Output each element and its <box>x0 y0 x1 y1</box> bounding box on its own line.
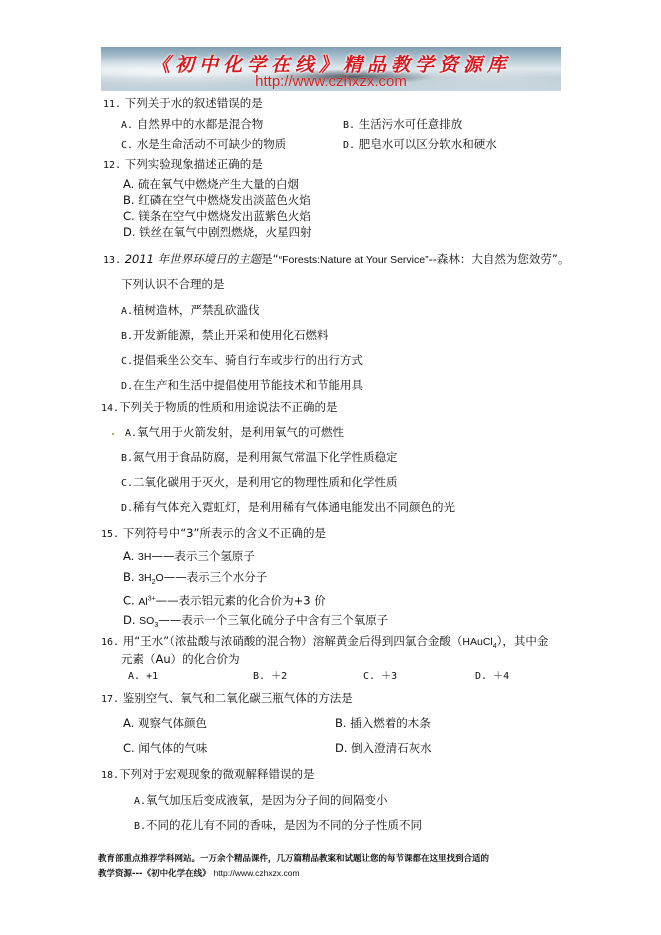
option-text: 铁丝在氧气中剧烈燃烧，火星四射 <box>139 225 312 239</box>
option-text: ——表示三个氢原子 <box>151 549 255 563</box>
question-16-option-b: B. ＋2 <box>253 670 287 684</box>
option-label: A. <box>123 716 134 730</box>
question-text: 鉴别空气、氧气和二氧化碳三瓶气体的方法是 <box>123 691 353 705</box>
question-text: ），其中金 <box>497 634 549 648</box>
question-12-option-d: D. 铁丝在氧气中剧烈燃烧，火星四射 <box>123 225 312 239</box>
question-17-stem: 17. 鉴别空气、氧气和二氧化碳三瓶气体的方法是 <box>101 691 353 707</box>
question-16-option-d: D. ＋4 <box>475 670 509 684</box>
option-text: 镁条在空气中燃烧发出蓝紫色火焰 <box>138 209 311 223</box>
question-16-stem-line2: 元素（Au）的化合价为 <box>121 652 240 666</box>
chemical-formula: Al3+ <box>138 596 155 608</box>
question-english-theme: “Forests:Nature at Your Service” <box>279 254 429 266</box>
option-label: A. <box>125 428 137 439</box>
question-13-option-c: C.提倡乘坐公交车、骑自行车或步行的出行方式 <box>121 353 363 369</box>
question-11-option-a: A. 自然界中的水都是混合物 <box>121 117 263 133</box>
option-label: D. <box>121 503 133 514</box>
formula-part: SO <box>139 615 154 627</box>
option-text: 氧气加压后变成液氧，是因为分子间的间隔变小 <box>146 793 388 807</box>
question-18-stem: 18.下列对于宏观现象的微观解释错误的是 <box>101 767 315 783</box>
option-text: 在生产和生活中提倡使用节能技术和节能用具 <box>133 378 363 392</box>
question-13-option-a: A.植树造林，严禁乱砍滥伐 <box>121 303 260 319</box>
option-label: C. <box>121 356 133 367</box>
option-label: B. <box>121 453 133 464</box>
question-text: 用“王水”（浓盐酸与浓硝酸的混合物）溶解黄金后得到四氯合金酸（ <box>123 634 463 648</box>
question-text-end: --森林：大自然为您效劳”。 <box>429 252 570 266</box>
question-17-option-a: A. 观察气体颜色 <box>123 716 207 730</box>
question-text: 下列符号中“3”所表示的含义不正确的是 <box>123 526 326 540</box>
question-14-option-d: D.稀有气体充入霓虹灯，是利用稀有气体通电能发出不同颜色的光 <box>121 500 455 516</box>
question-text: 下列实验现象描述正确的是 <box>125 157 263 171</box>
chemical-formula: 3H <box>138 551 151 563</box>
formula-part: 3H <box>138 572 151 584</box>
question-15-option-a: A. 3H——表示三个氢原子 <box>123 549 255 564</box>
question-11-option-b: B. 生活污水可任意排放 <box>343 117 462 133</box>
option-label: A. <box>123 549 134 563</box>
question-15-option-b: B. 3H2O——表示三个水分子 <box>123 570 267 590</box>
formula-part: O <box>156 572 164 584</box>
option-text: ＋4 <box>493 671 509 682</box>
chemical-formula: HAuCl4 <box>462 636 496 648</box>
option-label: C. <box>123 741 135 755</box>
option-label: B. <box>123 570 135 584</box>
question-text: 下列关于物质的性质和用途说法不正确的是 <box>119 400 338 414</box>
question-18-option-a: A.氧气加压后变成液氧，是因为分子间的间隔变小 <box>134 793 388 809</box>
option-label: D. <box>343 140 355 151</box>
option-text: 自然界中的水都是混合物 <box>137 117 264 131</box>
footer-url-link[interactable]: http://www.czhxzx.com <box>214 868 300 878</box>
question-text: 是“ <box>261 252 278 266</box>
question-17-option-c: C. 闻气体的气味 <box>123 741 207 755</box>
footer-site-name: 教学资源---《初中化学在线》 <box>98 869 211 879</box>
option-text: 提倡乘坐公交车、骑自行车或步行的出行方式 <box>133 353 363 367</box>
option-label: B. <box>121 331 133 342</box>
option-text: 水是生命活动不可缺少的物质 <box>137 137 287 151</box>
question-text: 下列关于水的叙述错误的是 <box>125 96 263 110</box>
question-number: 13. <box>103 255 121 266</box>
option-text: 不同的花儿有不同的香味，是因为不同的分子性质不同 <box>146 818 422 832</box>
option-label: C. <box>121 140 133 151</box>
question-number: 15. <box>101 529 119 540</box>
option-text: 生活污水可任意排放 <box>359 117 463 131</box>
option-label: D. <box>123 613 136 627</box>
option-text: ——表示三个水分子 <box>164 570 268 584</box>
question-17-option-b: B. 插入燃着的木条 <box>335 716 431 730</box>
question-number: 12. <box>103 160 121 171</box>
question-text: 下列对于宏观现象的微观解释错误的是 <box>119 767 315 781</box>
question-11-stem: 11. 下列关于水的叙述错误的是 <box>103 96 263 112</box>
option-text: 硫在氧气中燃烧产生大量的白烟 <box>138 177 299 191</box>
question-number: 11. <box>103 99 121 110</box>
question-12-stem: 12. 下列实验现象描述正确的是 <box>103 157 263 173</box>
question-15-option-c: C. Al3+——表示铝元素的化合价为+3 价 <box>123 592 326 609</box>
question-13-option-b: B.开发新能源，禁止开采和使用化石燃料 <box>121 328 329 344</box>
option-text: 植树造林，严禁乱砍滥伐 <box>133 303 260 317</box>
option-text: ＋2 <box>271 671 287 682</box>
option-label: B. <box>253 671 265 682</box>
question-number: 18. <box>101 770 119 781</box>
option-label: C. <box>363 671 375 682</box>
stray-mark <box>112 433 114 435</box>
option-text: 二氧化碳用于灭火，是利用它的物理性质和化学性质 <box>133 475 398 489</box>
banner-url[interactable]: http://www.czhxzx.com <box>101 73 561 90</box>
option-text: 闻气体的气味 <box>138 741 207 755</box>
option-label: D. <box>121 381 133 392</box>
chemical-formula: 3H2O <box>138 572 164 584</box>
option-label: A. <box>121 120 133 131</box>
option-label: C. <box>121 478 133 489</box>
question-12-option-b: B. 红磷在空气中燃烧发出淡蓝色火焰 <box>123 193 311 207</box>
question-14-option-b: B.氮气用于食品防腐，是利用氮气常温下化学性质稳定 <box>121 450 398 466</box>
question-16-option-c: C. ＋3 <box>363 670 397 684</box>
question-12-option-c: C. 镁条在空气中燃烧发出蓝紫色火焰 <box>123 209 311 223</box>
question-11-option-d: D. 肥皂水可以区分软水和硬水 <box>343 137 497 153</box>
question-18-option-b: B.不同的花儿有不同的香味，是因为不同的分子性质不同 <box>134 818 422 834</box>
option-label: B. <box>335 716 347 730</box>
option-label: C. <box>123 594 135 608</box>
question-number: 14. <box>101 403 119 414</box>
option-text: 氮气用于食品防腐，是利用氮气常温下化学性质稳定 <box>133 450 398 464</box>
option-text: 稀有气体充入霓虹灯，是利用稀有气体通电能发出不同颜色的光 <box>133 500 455 514</box>
option-label: A. <box>128 671 140 682</box>
option-label: D. <box>123 225 136 239</box>
option-text: 氧气用于火箭发射，是利用氧气的可燃性 <box>137 425 344 439</box>
option-text: ＋3 <box>381 671 397 682</box>
question-13-option-d: D.在生产和生活中提倡使用节能技术和节能用具 <box>121 378 363 394</box>
question-text-italic: 2011 年世界环境日的主题 <box>125 252 261 266</box>
formula-part: HAuCl <box>462 636 492 648</box>
formula-part: Al <box>138 596 147 608</box>
question-14-option-c: C.二氧化碳用于灭火，是利用它的物理性质和化学性质 <box>121 475 398 491</box>
option-text: +1 <box>146 671 158 682</box>
question-11-option-c: C. 水是生命活动不可缺少的物质 <box>121 137 286 153</box>
option-label: A. <box>134 796 146 807</box>
option-text: 红磷在空气中燃烧发出淡蓝色火焰 <box>138 193 311 207</box>
question-number: 17. <box>101 694 119 705</box>
option-text: 开发新能源，禁止开采和使用化石燃料 <box>133 328 329 342</box>
question-12-option-a: A. 硫在氧气中燃烧产生大量的白烟 <box>123 177 299 191</box>
option-label: B. <box>123 193 135 207</box>
footer-promo-line1: 教育部重点推荐学科网站。一万余个精品课件，几万篇精品教案和试题让您的每节课都在这… <box>98 853 489 865</box>
question-13-stem-line2: 下列认识不合理的是 <box>121 277 225 291</box>
footer-promo-line2: 教学资源---《初中化学在线》 http://www.czhxzx.com <box>98 867 300 880</box>
question-17-option-d: D. 倒入澄清石灰水 <box>335 741 432 755</box>
option-label: B. <box>343 120 355 131</box>
option-label: C. <box>123 209 135 223</box>
header-banner: 《初中化学在线》精品教学资源库 http://www.czhxzx.com <box>101 47 561 91</box>
question-number: 16. <box>101 637 119 648</box>
option-text: 倒入澄清石灰水 <box>351 741 432 755</box>
question-14-stem: 14.下列关于物质的性质和用途说法不正确的是 <box>101 400 338 416</box>
option-text: ——表示铝元素的化合价为+3 价 <box>156 594 326 608</box>
option-text: 观察气体颜色 <box>138 716 207 730</box>
option-text: 肥皂水可以区分软水和硬水 <box>359 137 497 151</box>
option-text: ——表示一个三氧化硫分子中含有三个氧原子 <box>158 613 388 627</box>
option-label: A. <box>123 177 134 191</box>
chemical-formula: SO3 <box>139 615 158 627</box>
option-label: B. <box>134 821 146 832</box>
question-15-stem: 15. 下列符号中“3”所表示的含义不正确的是 <box>101 526 326 542</box>
question-15-option-d: D. SO3——表示一个三氧化硫分子中含有三个氧原子 <box>123 613 388 633</box>
question-14-option-a: A.氧气用于火箭发射，是利用氧气的可燃性 <box>125 425 344 441</box>
formula-superscript: 3+ <box>148 595 156 602</box>
option-label: D. <box>335 741 348 755</box>
option-label: D. <box>475 671 487 682</box>
option-text: 插入燃着的木条 <box>350 716 431 730</box>
question-13-stem: 13. 2011 年世界环境日的主题是““Forests:Nature at Y… <box>103 252 569 268</box>
option-label: A. <box>121 306 133 317</box>
question-16-option-a: A. +1 <box>128 670 158 684</box>
